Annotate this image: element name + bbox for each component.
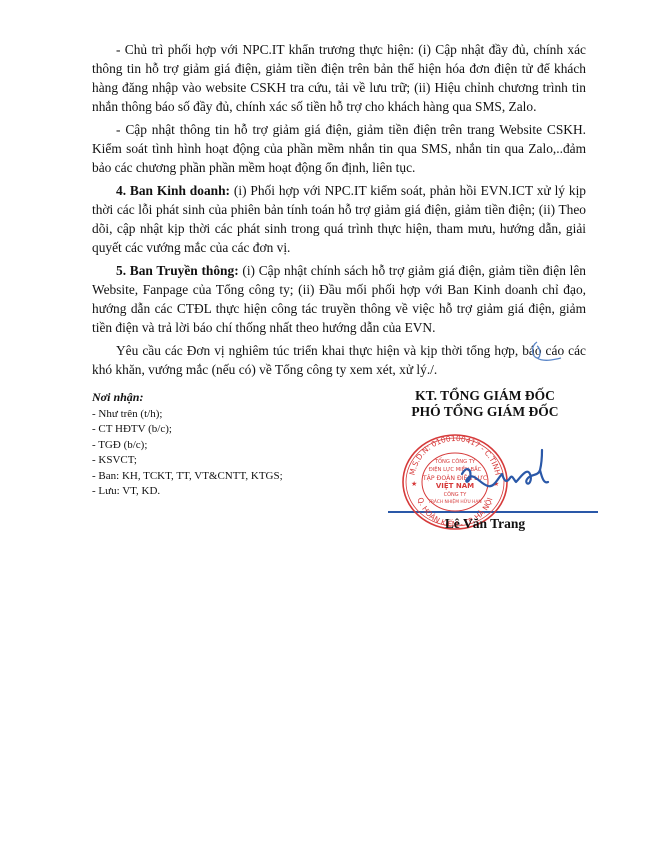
paragraph-closing-request: Yêu cầu các Đơn vị nghiêm túc triển khai… (92, 341, 586, 379)
paragraph-text: Yêu cầu các Đơn vị nghiêm túc triển khai… (92, 343, 586, 377)
paragraph-ban-truyen-thong: 5. Ban Truyền thông: (i) Cập nhật chính … (92, 261, 586, 337)
handwritten-signature-icon (458, 448, 558, 494)
paragraph-ban-kinh-doanh: 4. Ban Kinh doanh: (i) Phối hợp với NPC.… (92, 181, 586, 257)
document-page: - Chủ trì phối hợp với NPC.IT khẩn trươn… (0, 0, 650, 850)
svg-text:★: ★ (411, 480, 417, 488)
recipients-block: Nơi nhận: - Như trên (t/h); - CT HĐTV (b… (92, 390, 352, 500)
recipients-title: Nơi nhận: (92, 390, 352, 406)
svg-text:TRÁCH NHIỆM HỮU HẠN: TRÁCH NHIỆM HỮU HẠN (427, 497, 481, 505)
signature-title-line2: PHÓ TỔNG GIÁM ĐỐC (370, 404, 600, 420)
signature-title-line1: KT. TỔNG GIÁM ĐỐC (370, 388, 600, 404)
initials-mark-icon (523, 338, 563, 368)
paragraph-text: - Chủ trì phối hợp với NPC.IT khẩn trươn… (92, 42, 586, 114)
paragraph-lead: 4. Ban Kinh doanh: (116, 183, 230, 198)
recipient-item: - CT HĐTV (b/c); (92, 422, 352, 438)
document-body: - Chủ trì phối hợp với NPC.IT khẩn trươn… (92, 40, 586, 383)
paragraph-npc-it: - Chủ trì phối hợp với NPC.IT khẩn trươn… (92, 40, 586, 116)
paragraph-text: - Cập nhật thông tin hỗ trợ giảm giá điệ… (92, 122, 586, 175)
paragraph-website-update: - Cập nhật thông tin hỗ trợ giảm giá điệ… (92, 120, 586, 177)
recipient-item: - TGĐ (b/c); (92, 438, 352, 454)
paragraph-lead: 5. Ban Truyền thông: (116, 263, 239, 278)
recipient-item: - Lưu: VT, KD. (92, 484, 352, 500)
signer-name: Lê Văn Trang (370, 516, 600, 532)
signature-block: KT. TỔNG GIÁM ĐỐC PHÓ TỔNG GIÁM ĐỐC M.S.… (370, 388, 600, 538)
recipient-item: - Ban: KH, TCKT, TT, VT&CNTT, KTGS; (92, 469, 352, 485)
recipient-item: - Như trên (t/h); (92, 407, 352, 423)
recipient-item: - KSVCT; (92, 453, 352, 469)
